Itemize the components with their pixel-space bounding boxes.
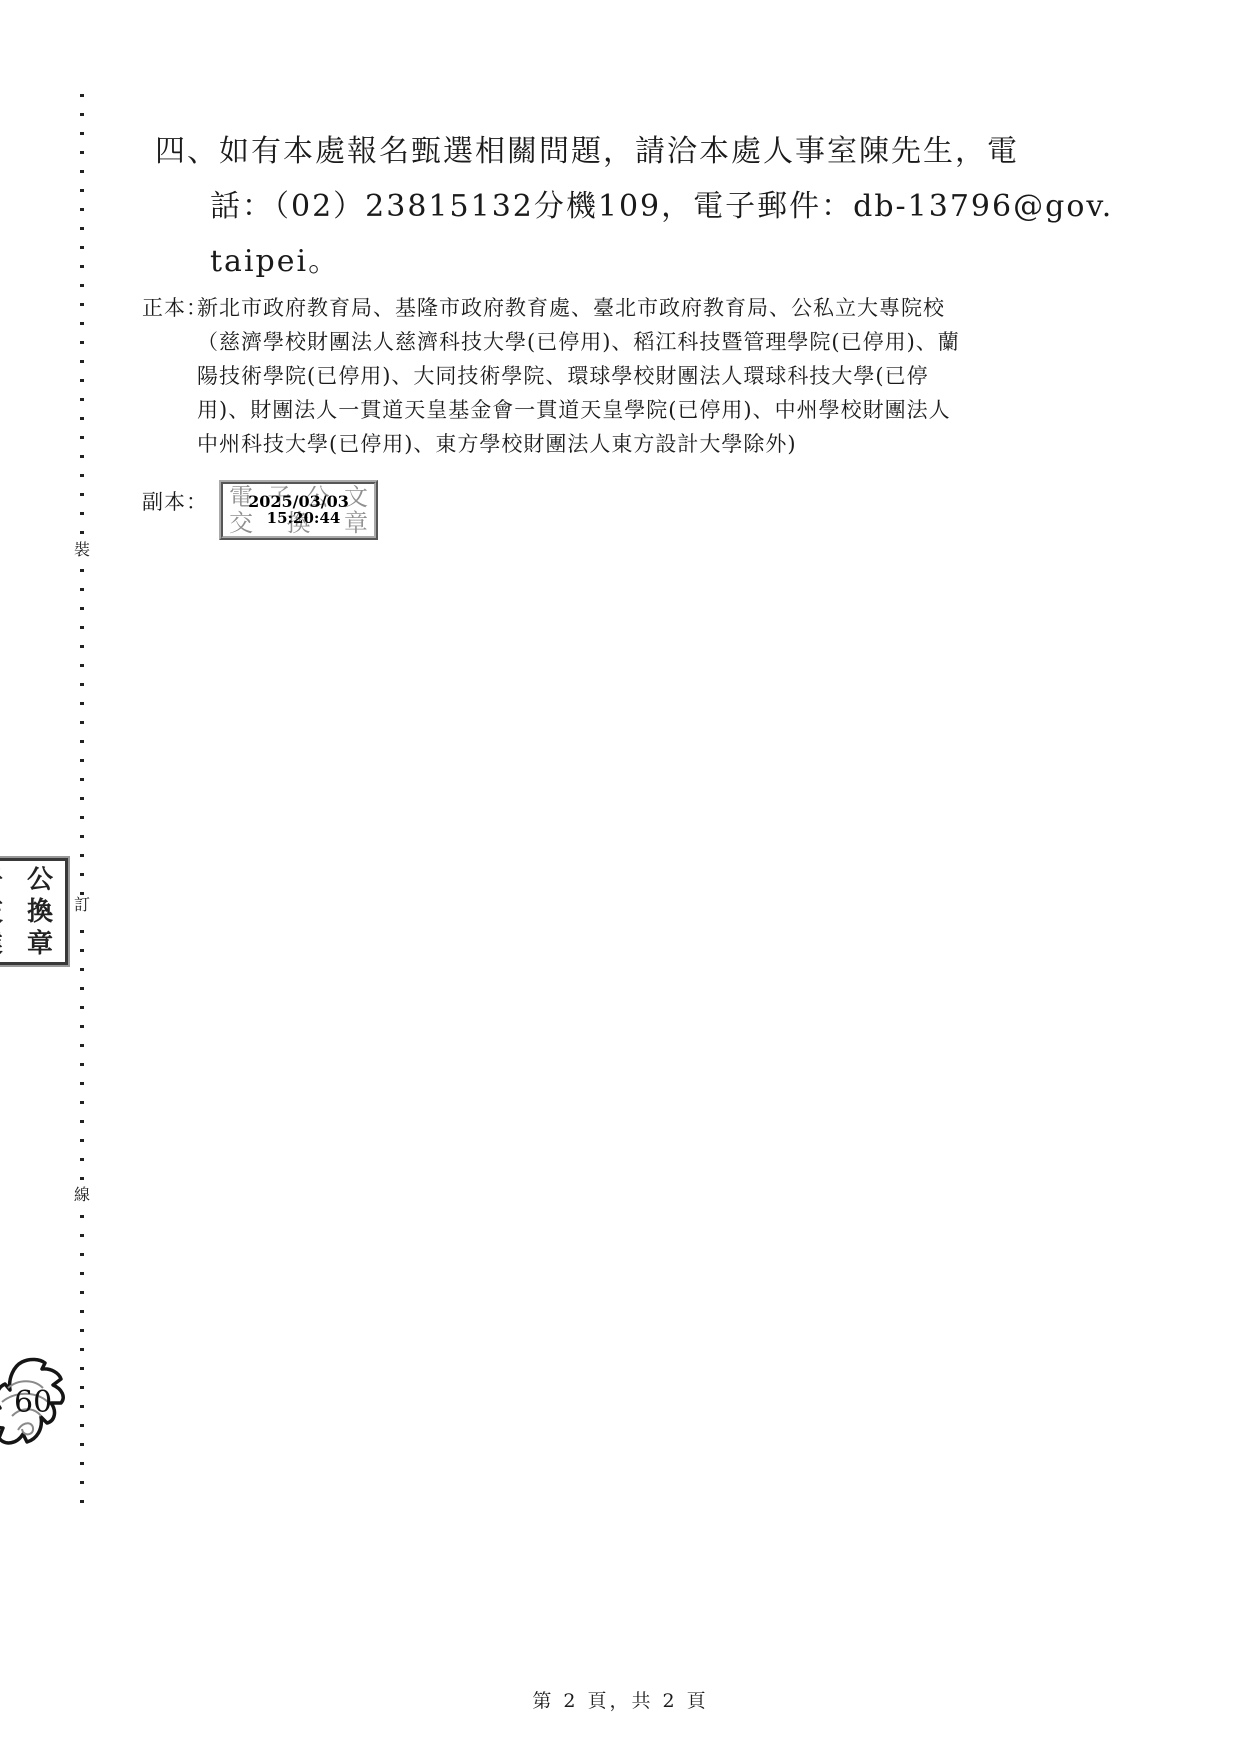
exchange-stamp-time: 15:20:44	[267, 510, 341, 526]
binding-mark-zhuang: 裝	[69, 540, 95, 560]
binding-dotted-line	[80, 94, 84, 1518]
recipients-line5: 中州科技大學(已停用)、東方學校財團法人東方設計大學除外)	[197, 428, 797, 458]
exchange-stamp-date: 2025/03/03	[248, 494, 349, 510]
page-footer: 第 2 頁，共 2 頁	[0, 1686, 1241, 1713]
seal-inner-curve-4	[18, 1423, 33, 1434]
electronic-exchange-stamp: 電子公文 交換章 2025/03/03 15:20:44	[219, 480, 378, 540]
seal-60: 60	[0, 1356, 80, 1458]
edge-stamp-left-column: 子交達	[0, 861, 15, 962]
cc-label: 副本：	[142, 486, 208, 516]
paragraph-item4-line1: 四、如有本處報名甄選相關問題，請洽本處人事室陳先生，電	[155, 126, 1019, 170]
edge-stamp-right-column: 公換章	[15, 861, 65, 962]
recipients-line3: 陽技術學院(已停用)、大同技術學院、環球學校財團法人環球科技大學(已停	[197, 360, 929, 390]
paragraph-item4-line2: 話：（02）23815132分機109，電子郵件：db-13796@gov.	[210, 181, 1113, 225]
edge-exchange-stamp: 子交達 公換章	[0, 858, 68, 965]
recipients-line4: 用)、財團法人一貫道天皇基金會一貫道天皇學院(已停用)、中州學校財團法人	[197, 394, 951, 424]
binding-mark-ding: 訂	[69, 895, 95, 915]
document-page: 四、如有本處報名甄選相關問題，請洽本處人事室陳先生，電 話：（02）238151…	[0, 0, 1241, 1754]
exchange-stamp-datetime: 2025/03/03 15:20:44	[223, 484, 374, 536]
paragraph-item4-line3: taipei。	[210, 236, 340, 280]
seal-number: 60	[14, 1385, 52, 1420]
binding-mark-xian: 線	[69, 1185, 95, 1205]
recipients-line1: 新北市政府教育局、基隆市政府教育處、臺北市政府教育局、公私立大專院校	[197, 292, 945, 322]
recipients-line2: （慈濟學校財團法人慈濟科技大學(已停用)、稻江科技暨管理學院(已停用)、蘭	[197, 326, 960, 356]
